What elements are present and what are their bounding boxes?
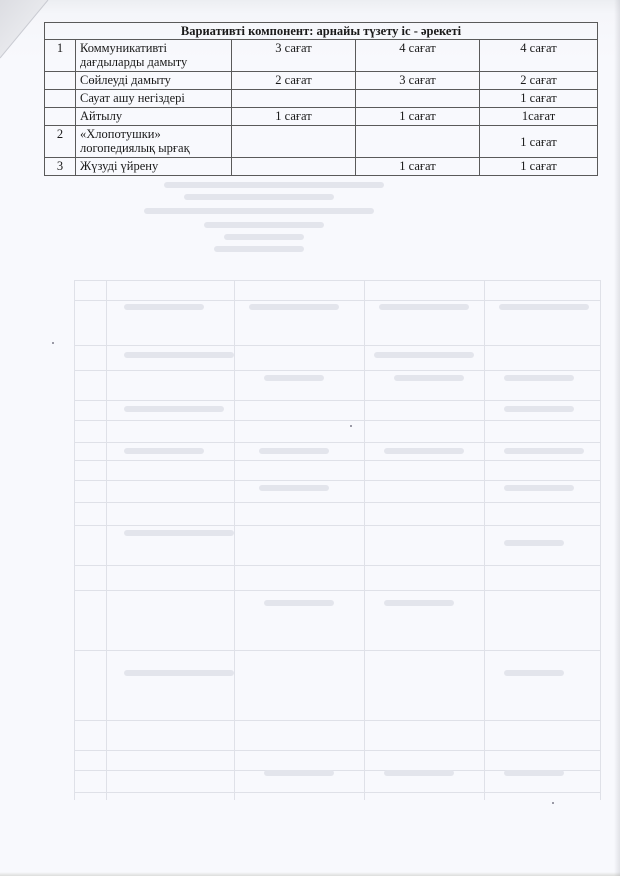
page-edge-shadow bbox=[614, 0, 620, 876]
hours-cell: 2 сағат bbox=[480, 72, 598, 90]
row-number bbox=[45, 72, 76, 90]
hours-cell bbox=[232, 90, 356, 108]
hours-cell bbox=[356, 126, 480, 158]
hours-cell: 1 сағат bbox=[480, 90, 598, 108]
hours-cell: 3 сағат bbox=[356, 72, 480, 90]
hours-cell: 4 сағат bbox=[480, 40, 598, 72]
row-number: 3 bbox=[45, 158, 76, 176]
row-number bbox=[45, 108, 76, 126]
table-row: Айтылу 1 сағат 1 сағат 1сағат bbox=[45, 108, 598, 126]
subject-name: Жүзуді үйрену bbox=[76, 158, 232, 176]
scan-speck bbox=[52, 342, 54, 344]
subject-name: Айтылу bbox=[76, 108, 232, 126]
table-row: Сөйлеуді дамыту 2 сағат 3 сағат 2 сағат bbox=[45, 72, 598, 90]
hours-cell: 1 сағат bbox=[356, 108, 480, 126]
hours-cell: 1 сағат bbox=[356, 158, 480, 176]
hours-cell: 1 сағат bbox=[480, 126, 598, 158]
table-row: Сауат ашу негіздері 1 сағат bbox=[45, 90, 598, 108]
table-row: 3 Жүзуді үйрену 1 сағат 1 сағат bbox=[45, 158, 598, 176]
hours-cell bbox=[356, 90, 480, 108]
correction-activities-table: Вариативті компонент: арнайы түзету іс -… bbox=[44, 22, 598, 176]
folded-corner-icon bbox=[0, 0, 52, 62]
subject-name: Коммуникативті дағдыларды дамыту bbox=[76, 40, 232, 72]
scan-speck bbox=[552, 802, 554, 804]
hours-cell: 2 сағат bbox=[232, 72, 356, 90]
section-title: Вариативті компонент: арнайы түзету іс -… bbox=[45, 23, 598, 40]
table-row: 2 «Хлопотушки» логопедиялық ырғақ 1 саға… bbox=[45, 126, 598, 158]
row-number: 2 bbox=[45, 126, 76, 158]
subject-name: «Хлопотушки» логопедиялық ырғақ bbox=[76, 126, 232, 158]
hours-cell bbox=[232, 158, 356, 176]
hours-cell: 1 сағат bbox=[480, 158, 598, 176]
hours-cell: 4 сағат bbox=[356, 40, 480, 72]
hours-cell: 1 сағат bbox=[232, 108, 356, 126]
page-bottom-edge bbox=[0, 872, 620, 876]
subject-name: Сөйлеуді дамыту bbox=[76, 72, 232, 90]
table-row: 1 Коммуникативті дағдыларды дамыту 3 сағ… bbox=[45, 40, 598, 72]
hours-cell bbox=[232, 126, 356, 158]
subject-name: Сауат ашу негіздері bbox=[76, 90, 232, 108]
row-number bbox=[45, 90, 76, 108]
scan-speck bbox=[350, 425, 352, 427]
hours-cell: 1сағат bbox=[480, 108, 598, 126]
hours-cell: 3 сағат bbox=[232, 40, 356, 72]
